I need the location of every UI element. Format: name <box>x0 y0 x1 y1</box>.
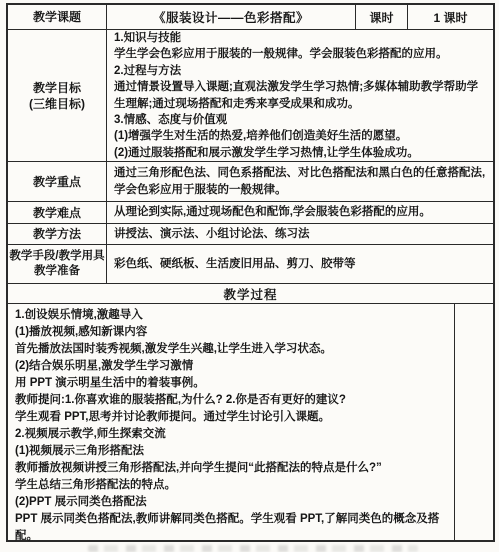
process-notes-column <box>455 304 493 540</box>
text-line: (2)通过服装搭配和展示激发学生学习热情,让学生体验成功。 <box>114 145 489 161</box>
text-line: (1)播放视频,感知新课内容 <box>15 324 450 341</box>
key-points-content: 通过三角形配色法、同色系搭配法、对比色搭配法和黑白色的任意搭配法,学会色彩应用于… <box>107 162 493 201</box>
text-line: 教师播放视频讲授三角形搭配法,并向学生提问“此搭配法的特点是什么?” <box>15 460 450 477</box>
tools-row: 教学手段/教学用具 教学准备 彩色纸、硬纸板、生活废旧用品、剪刀、胶带等 <box>8 245 493 284</box>
topic-label: 教学课题 <box>8 5 107 29</box>
goals-row: 教学目标 (三维目标) 1.知识与技能学生学会色彩应用于服装的一般规律。学会服装… <box>8 30 493 162</box>
difficulty-row: 教学难点 从理论到实际,通过现场配色和配饰,学会服装色彩搭配的应用。 <box>8 202 493 224</box>
tools-label-line2: 教学准备 <box>34 264 80 279</box>
goals-label: 教学目标 (三维目标) <box>8 30 107 161</box>
scan-bleed-artifact <box>88 545 418 552</box>
text-line: 用 PPT 演示明星生活中的着装事例。 <box>15 375 450 392</box>
goals-content: 1.知识与技能学生学会色彩应用于服装的一般规律。学会服装色彩搭配的应用。2.过程… <box>107 30 493 161</box>
text-line: 1.创设娱乐情境,激趣导入 <box>15 307 450 324</box>
lesson-title: 《服装设计——色彩搭配》 <box>107 5 356 29</box>
text-line: 通过情景设置导入课题;直观法激发学生学习热情;多媒体辅助教学帮助学生理解;通过现… <box>114 79 489 112</box>
difficulty-label: 教学难点 <box>8 202 107 223</box>
text-line: (1)视频展示三角形搭配法 <box>15 443 450 460</box>
method-content: 讲授法、演示法、小组讨论法、练习法 <box>107 224 493 244</box>
tools-content: 彩色纸、硬纸板、生活废旧用品、剪刀、胶带等 <box>107 245 493 283</box>
text-line: 学生总结三角形搭配法的特点。 <box>15 477 450 494</box>
period-label: 课时 <box>356 5 408 29</box>
process-header-title: 教学过程 <box>223 285 277 303</box>
text-line: PPT 展示同类色搭配法,教师讲解同类色搭配。学生观看 PPT,了解同类色的概念… <box>15 511 450 545</box>
method-row: 教学方法 讲授法、演示法、小组讨论法、练习法 <box>8 224 493 245</box>
goals-label-line2: (三维目标) <box>29 96 85 112</box>
text-line: (2)PPT 展示同类色搭配法 <box>15 494 450 511</box>
process-content: 1.创设娱乐情境,激趣导入(1)播放视频,感知新课内容首先播放法国时装秀视频,激… <box>8 304 455 540</box>
text-line: 首先播放法国时装秀视频,激发学生兴趣,让学生进入学习状态。 <box>15 341 450 358</box>
text-line: 1.知识与技能 <box>114 30 489 46</box>
goals-label-line1: 教学目标 <box>33 80 81 96</box>
difficulty-content: 从理论到实际,通过现场配色和配饰,学会服装色彩搭配的应用。 <box>107 202 493 223</box>
key-points-label: 教学重点 <box>8 162 107 201</box>
text-line: 教师提问:1.你喜欢谁的服装搭配,为什么? 2.你是否有更好的建议? <box>15 392 450 409</box>
text-line: (1)增强学生对生活的热爱,培养他们创造美好生活的愿望。 <box>114 128 489 144</box>
key-points-row: 教学重点 通过三角形配色法、同色系搭配法、对比色搭配法和黑白色的任意搭配法,学会… <box>8 162 493 202</box>
process-row: 1.创设娱乐情境,激趣导入(1)播放视频,感知新课内容首先播放法国时装秀视频,激… <box>8 304 493 540</box>
text-line: 学生观看 PPT,思考并讨论教师提问。通过学生讨论引入课题。 <box>15 409 450 426</box>
text-line: (2)结合娱乐明星,激发学生学习激情 <box>15 358 450 375</box>
text-line: 学生学会色彩应用于服装的一般规律。学会服装色彩搭配的应用。 <box>114 46 489 62</box>
text-line: 2.视频展示教学,师生探索交流 <box>15 426 450 443</box>
text-line: 2.过程与方法 <box>114 63 489 79</box>
header-row: 教学课题 《服装设计——色彩搭配》 课时 1 课时 <box>8 5 493 30</box>
period-value: 1 课时 <box>408 5 493 29</box>
method-label: 教学方法 <box>8 224 107 244</box>
tools-label: 教学手段/教学用具 教学准备 <box>8 245 107 283</box>
lesson-plan-table: 教学课题 《服装设计——色彩搭配》 课时 1 课时 教学目标 (三维目标) 1.… <box>6 3 495 542</box>
text-line: 3.情感、态度与价值观 <box>114 112 489 128</box>
tools-label-line1: 教学手段/教学用具 <box>9 249 104 264</box>
process-header-row: 教学过程 <box>8 284 493 304</box>
